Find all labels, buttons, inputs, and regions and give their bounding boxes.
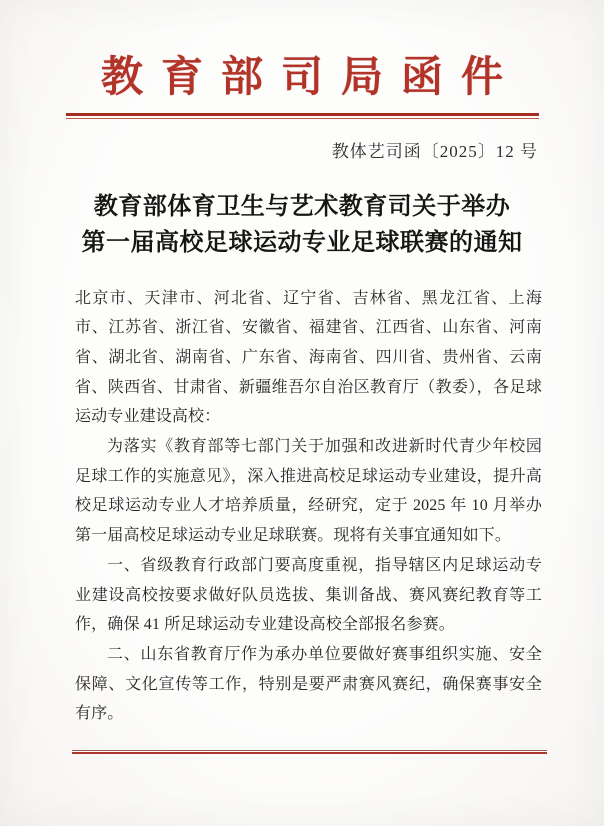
notice-title-line2: 第一届高校足球运动专业足球联赛的通知: [0, 225, 604, 261]
notice-title: 教育部体育卫生与艺术教育司关于举办 第一届高校足球运动专业足球联赛的通知: [0, 189, 604, 261]
body-paragraph-item1: 一、省级教育行政部门要高度重视，指导辖区内足球运动专业建设高校按要求做好队员选拔…: [75, 551, 542, 640]
notice-title-line1: 教育部体育卫生与艺术教育司关于举办: [0, 189, 604, 225]
body-paragraph-item2: 二、山东省教育厅作为承办单位要做好赛事组织实施、安全保障、文化宣传等工作，特别是…: [75, 640, 542, 729]
recipients-paragraph: 北京市、天津市、河北省、辽宁省、吉林省、黑龙江省、上海市、江苏省、浙江省、安徽省…: [75, 284, 542, 433]
footer-divider: [72, 750, 547, 754]
body-paragraph-intro: 为落实《教育部等七部门关于加强和改进新时代青少年校园足球工作的实施意见》，深入推…: [75, 432, 542, 551]
document-number: 教体艺司函〔2025〕12 号: [0, 140, 538, 164]
official-letter-page: 教育部司局函件 教体艺司函〔2025〕12 号 教育部体育卫生与艺术教育司关于举…: [0, 0, 604, 826]
letterhead-title: 教育部司局函件: [0, 56, 604, 100]
letterhead-divider: [66, 113, 539, 119]
document-body: 北京市、天津市、河北省、辽宁省、吉林省、黑龙江省、上海市、江苏省、浙江省、安徽省…: [75, 284, 542, 730]
